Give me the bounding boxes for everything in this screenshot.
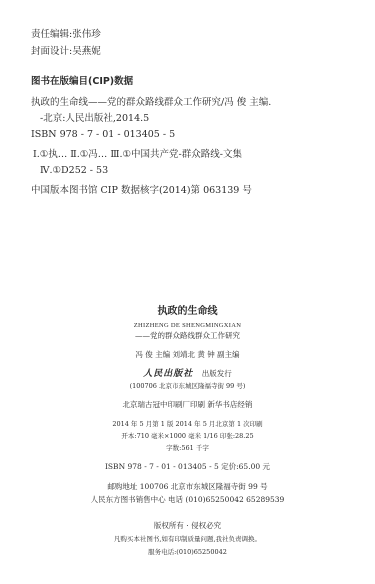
publisher-action: 出版发行 [202,369,232,378]
format-info: 开本:710 毫米×1000 毫米 1/16 印张:28.25 [0,432,375,441]
return-policy: 凡购买本社图书,如有印制质量问题,我社负责调换。 [0,535,375,544]
book-subtitle: ——党的群众路线群众工作研究 [0,331,375,341]
printer-distributor: 北京瑞古冠中印刷厂印刷 新华书店经销 [0,400,375,410]
cip-publisher-line: -北京:人民出版社,2014.5 [40,113,149,125]
sales-center-phone: 人民东方图书销售中心 电话 (010)65250042 65289539 [0,495,375,505]
editor-credit: 责任编辑:张伟珍 [31,29,101,41]
edition-info: 2014 年 5 月第 1 版 2014 年 5 月北京第 1 次印刷 [0,420,375,429]
cip-isbn: ISBN 978 - 7 - 01 - 013405 - 5 [31,129,175,141]
book-editors: 冯 俊 主编 刘靖北 黄 钟 副主编 [0,350,375,360]
cover-design-credit: 封面设计:吴燕妮 [31,46,101,58]
isbn-price: ISBN 978 - 7 - 01 - 013405 - 5 定价:65.00 … [0,462,375,472]
publisher-address: (100706 北京市东城区隆福寺街 99 号) [0,382,375,391]
cip-title-line: 执政的生命线——党的群众路线群众工作研究/冯 俊 主编. [31,97,271,109]
publisher-line: 人民出版社 出版发行 [0,369,375,379]
cip-classification-1: Ⅰ.①执… Ⅱ.①冯… Ⅲ.①中国共产党-群众路线-文集 [33,149,242,161]
book-title: 执政的生命线 [0,306,375,318]
cip-heading: 图书在版编目(CIP)数据 [31,76,133,88]
publisher-logo: 人民出版社 [143,369,193,379]
word-count: 字数:561 千字 [0,444,375,453]
service-phone: 服务电话:(010)65250042 [0,548,375,557]
cip-classification-2: Ⅳ.①D252 - 53 [40,165,108,177]
book-pinyin: ZHIZHENG DE SHENGMINGXIAN [0,321,375,330]
cip-record-number: 中国版本图书馆 CIP 数据核字(2014)第 063139 号 [31,185,252,197]
copyright-notice: 版权所有 · 侵权必究 [0,521,375,531]
mail-order-address: 邮购地址 100706 北京市东城区隆福寺街 99 号 [0,482,375,492]
